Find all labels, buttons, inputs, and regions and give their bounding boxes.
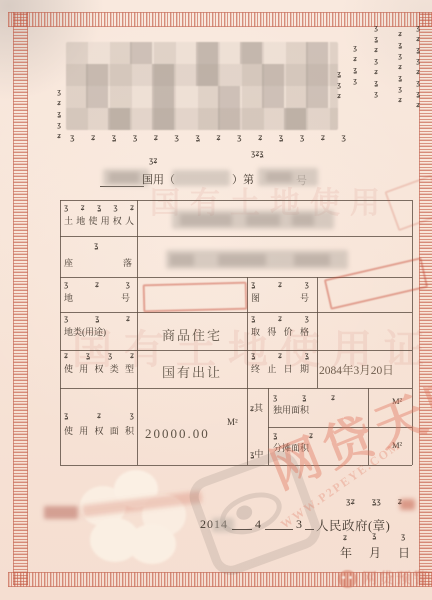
mongolian-area: ʓ ʑ ʒ <box>64 412 134 420</box>
day-char: 日 <box>398 544 410 561</box>
mongolian-day: ʒ <box>401 533 405 541</box>
table-line <box>60 388 412 389</box>
righttype-label: 使用权类型 <box>64 364 134 374</box>
year-char: 年 <box>340 544 352 561</box>
row-plot-label: ʒ ʑ ʒ 地号 <box>64 281 130 303</box>
mongolian-column-4: ʑʓʒʑʓʒʑ <box>396 30 404 130</box>
redacted-seal-bit <box>400 499 415 510</box>
cert-mongol-a: ʒʑ <box>149 157 157 165</box>
table-line <box>60 312 412 313</box>
redacted-year-part <box>212 518 234 532</box>
redacted-cert-year <box>172 170 230 186</box>
government-seal-label: 人民政府(章) <box>316 516 390 534</box>
mongolian-gov: ʒʑ ʓʒ ʑ <box>346 498 402 506</box>
landclass-value: 商品住宅 <box>137 325 247 344</box>
row-map-label: ʓ ʑ ʒ 图号 <box>251 281 309 303</box>
mongolian-subtitle-row: ʒ ʑ ʓ ʒ ʑ ʒ ʓ ʑ ʒ ʑ ʓ ʒ ʑ ʒ <box>70 134 346 142</box>
mongolian-year: ʑ <box>343 534 347 542</box>
border-top <box>8 12 432 27</box>
certificate-page: 国有土地使用证 国有土地使用证 ʒʑʓʒʑ ʒ ʑ ʓ ʒ ʑ ʒ ʓ ʑ ʒ … <box>0 0 432 600</box>
border-left <box>13 12 28 585</box>
mongolian-column-1: ʓʒʑ <box>335 70 343 130</box>
table-line <box>60 236 412 237</box>
righttype-value: 国有出让 <box>137 362 247 381</box>
mongolian-exclusive: ʒ ʓ ʑ <box>273 394 335 402</box>
corner-logo-icon <box>338 570 357 588</box>
flower-watermark <box>70 468 190 568</box>
issue-month: 4 <box>255 517 261 532</box>
cert-number-prefix: 国用（ <box>142 171 175 187</box>
mongolian-left-column: ʒʑʓʒʑ <box>55 88 63 152</box>
area-unit: M² <box>227 417 238 427</box>
date-dash <box>305 529 314 530</box>
redacted-cert-serial <box>258 168 318 186</box>
redacted-owner-value <box>172 210 334 229</box>
enddate-label: 终止日期 <box>251 364 309 374</box>
mongolian-column-3: ʒʓʑʒʑʓʒ <box>372 24 380 134</box>
location-label: 座落 <box>64 258 132 268</box>
table-line <box>317 277 318 388</box>
owner-label: 土地使用权人 <box>64 216 134 226</box>
date-dash <box>265 529 293 530</box>
plot-stamp-box <box>143 282 248 313</box>
redacted-location-value <box>166 250 348 269</box>
price-label: 取得价格 <box>251 327 309 337</box>
mongolian-owner: ʒ ʑ ʓ ʒ ʑ <box>64 204 134 212</box>
mongolian-price: ʓ ʑ ʒ <box>251 315 309 323</box>
mosaic-redaction <box>66 42 338 130</box>
mongolian-plot: ʒ ʑ ʒ <box>64 281 130 289</box>
table-line <box>60 200 412 201</box>
mongolian-landclass: ʒ ʓ ʑ <box>64 315 130 323</box>
corner-brand-watermark: 网贷预警 <box>362 567 430 588</box>
row-landclass-label: ʒ ʓ ʑ 地类(用途) <box>64 315 130 337</box>
row-price-label: ʓ ʑ ʒ 取得价格 <box>251 315 309 337</box>
among-top-char: 其 <box>254 403 263 413</box>
row-area-label: ʓ ʑ ʒ 使用权面积 <box>64 412 134 436</box>
row-owner-label: ʒ ʑ ʓ ʒ ʑ 土地使用权人 <box>64 204 134 226</box>
mongolian-righttype: ʑ ʓ ʒ ʑ <box>64 352 134 360</box>
mongolian-enddate: ʓ ʑ ʓ <box>251 352 309 360</box>
mongolian-month: ʓ <box>372 532 376 540</box>
mongolian-column-2: ʒʑʓʒ <box>351 44 359 124</box>
issue-day: 3 <box>296 517 302 532</box>
table-line <box>60 200 61 465</box>
enddate-value: 2084年3月20日 <box>319 362 394 378</box>
cert-mongol-b: ʒʑʓ <box>251 150 264 158</box>
map-label: 图号 <box>251 293 309 303</box>
row-righttype-label: ʑ ʓ ʒ ʑ 使用权类型 <box>64 352 134 374</box>
mongolian-map: ʓ ʑ ʒ <box>251 281 309 289</box>
area-label: 使用权面积 <box>64 426 134 436</box>
mongolian-column-5: ʒʑʓʒʑʒʓʑ <box>414 24 422 142</box>
month-char: 月 <box>369 544 381 561</box>
row-enddate-label: ʓ ʑ ʓ 终止日期 <box>251 352 309 374</box>
faded-red-mark <box>44 506 78 519</box>
cert-underline <box>100 186 144 187</box>
date-dash <box>232 529 252 530</box>
mongolian-location: ʓ <box>94 242 98 250</box>
landclass-label: 地类(用途) <box>64 327 130 337</box>
cert-number-mid: ）第 <box>232 171 254 187</box>
area-value: 20000.00 <box>145 426 210 442</box>
plot-label: 地号 <box>64 293 130 303</box>
